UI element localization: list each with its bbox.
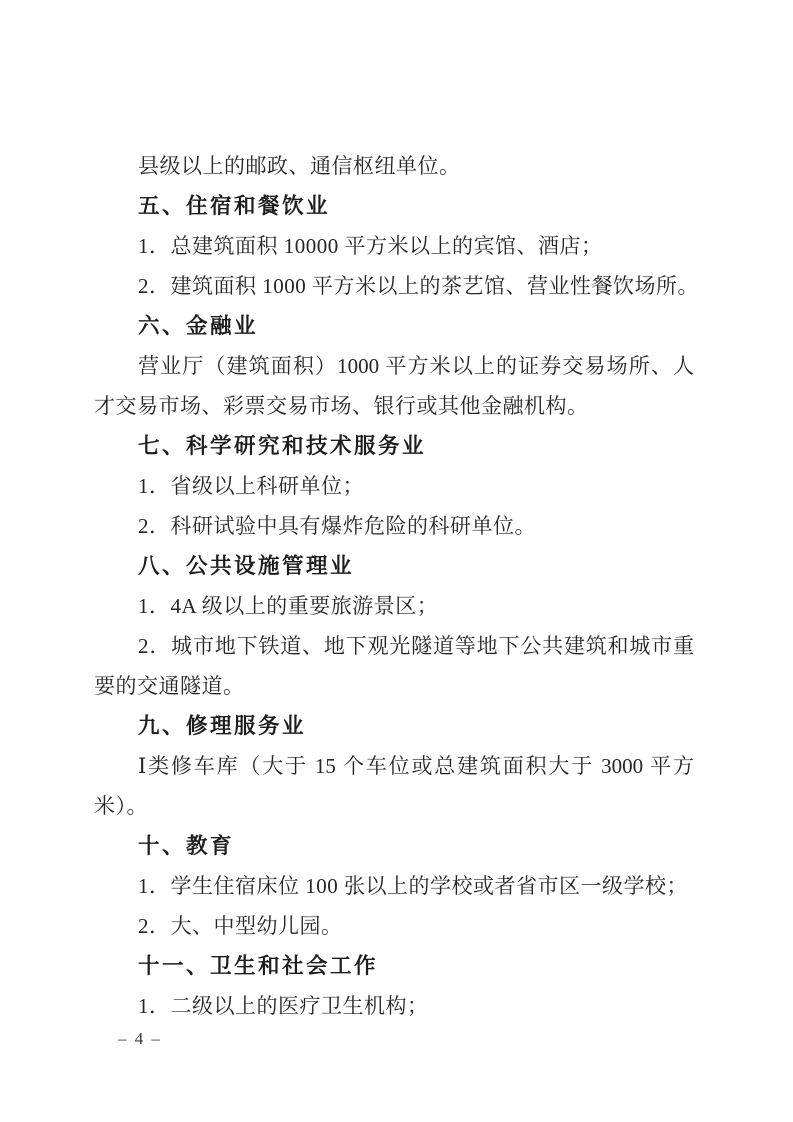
heading-line: 十一、卫生和社会工作 [94, 946, 694, 986]
page-number: – 4 – [118, 1026, 162, 1052]
paragraph: 2．大、中型幼儿园。 [94, 906, 694, 946]
paragraph: 2．城市地下铁道、地下观光隧道等地下公共建筑和城市重要的交通隧道。 [94, 626, 694, 706]
text-line: 米）。 [94, 786, 694, 826]
text-line: 2．建筑面积 1000 平方米以上的茶艺馆、营业性餐饮场所。 [94, 266, 694, 306]
paragraph: 2．建筑面积 1000 平方米以上的茶艺馆、营业性餐饮场所。 [94, 266, 694, 306]
text-line: 2．科研试验中具有爆炸危险的科研单位。 [94, 506, 694, 546]
text-line: 1．二级以上的医疗卫生机构； [94, 986, 694, 1026]
paragraph: Ⅰ类修车库（大于 15 个车位或总建筑面积大于 3000 平方米）。 [94, 746, 694, 826]
text-line: 才交易市场、彩票交易市场、银行或其他金融机构。 [94, 386, 694, 426]
heading-line: 十、教育 [94, 826, 694, 866]
paragraph: 2．科研试验中具有爆炸危险的科研单位。 [94, 506, 694, 546]
heading-line: 九、修理服务业 [94, 706, 694, 746]
heading-line: 八、公共设施管理业 [94, 546, 694, 586]
heading-line: 五、住宿和餐饮业 [94, 186, 694, 226]
heading-line: 六、金融业 [94, 306, 694, 346]
section-heading: 九、修理服务业 [94, 706, 694, 746]
paragraph: 营业厅（建筑面积）1000 平方米以上的证券交易场所、人才交易市场、彩票交易市场… [94, 346, 694, 426]
text-line: 2．城市地下铁道、地下观光隧道等地下公共建筑和城市重 [94, 626, 694, 666]
section-heading: 五、住宿和餐饮业 [94, 186, 694, 226]
section-heading: 十一、卫生和社会工作 [94, 946, 694, 986]
document-body: 县级以上的邮政、通信枢纽单位。五、住宿和餐饮业1．总建筑面积 10000 平方米… [94, 146, 694, 1026]
text-line: 1．4A 级以上的重要旅游景区； [94, 586, 694, 626]
paragraph: 1．总建筑面积 10000 平方米以上的宾馆、酒店； [94, 226, 694, 266]
text-line: 1．总建筑面积 10000 平方米以上的宾馆、酒店； [94, 226, 694, 266]
section-heading: 十、教育 [94, 826, 694, 866]
section-heading: 七、科学研究和技术服务业 [94, 426, 694, 466]
text-line: 1．学生住宿床位 100 张以上的学校或者省市区一级学校； [94, 866, 694, 906]
paragraph: 1．学生住宿床位 100 张以上的学校或者省市区一级学校； [94, 866, 694, 906]
text-line: 县级以上的邮政、通信枢纽单位。 [94, 146, 694, 186]
paragraph: 县级以上的邮政、通信枢纽单位。 [94, 146, 694, 186]
paragraph: 1．4A 级以上的重要旅游景区； [94, 586, 694, 626]
text-line: 2．大、中型幼儿园。 [94, 906, 694, 946]
section-heading: 六、金融业 [94, 306, 694, 346]
paragraph: 1．二级以上的医疗卫生机构； [94, 986, 694, 1026]
text-line: 营业厅（建筑面积）1000 平方米以上的证券交易场所、人 [94, 346, 694, 386]
heading-line: 七、科学研究和技术服务业 [94, 426, 694, 466]
text-line: 要的交通隧道。 [94, 666, 694, 706]
text-line: Ⅰ类修车库（大于 15 个车位或总建筑面积大于 3000 平方 [94, 746, 694, 786]
paragraph: 1．省级以上科研单位； [94, 466, 694, 506]
section-heading: 八、公共设施管理业 [94, 546, 694, 586]
document-page: 县级以上的邮政、通信枢纽单位。五、住宿和餐饮业1．总建筑面积 10000 平方米… [0, 0, 793, 1122]
text-line: 1．省级以上科研单位； [94, 466, 694, 506]
